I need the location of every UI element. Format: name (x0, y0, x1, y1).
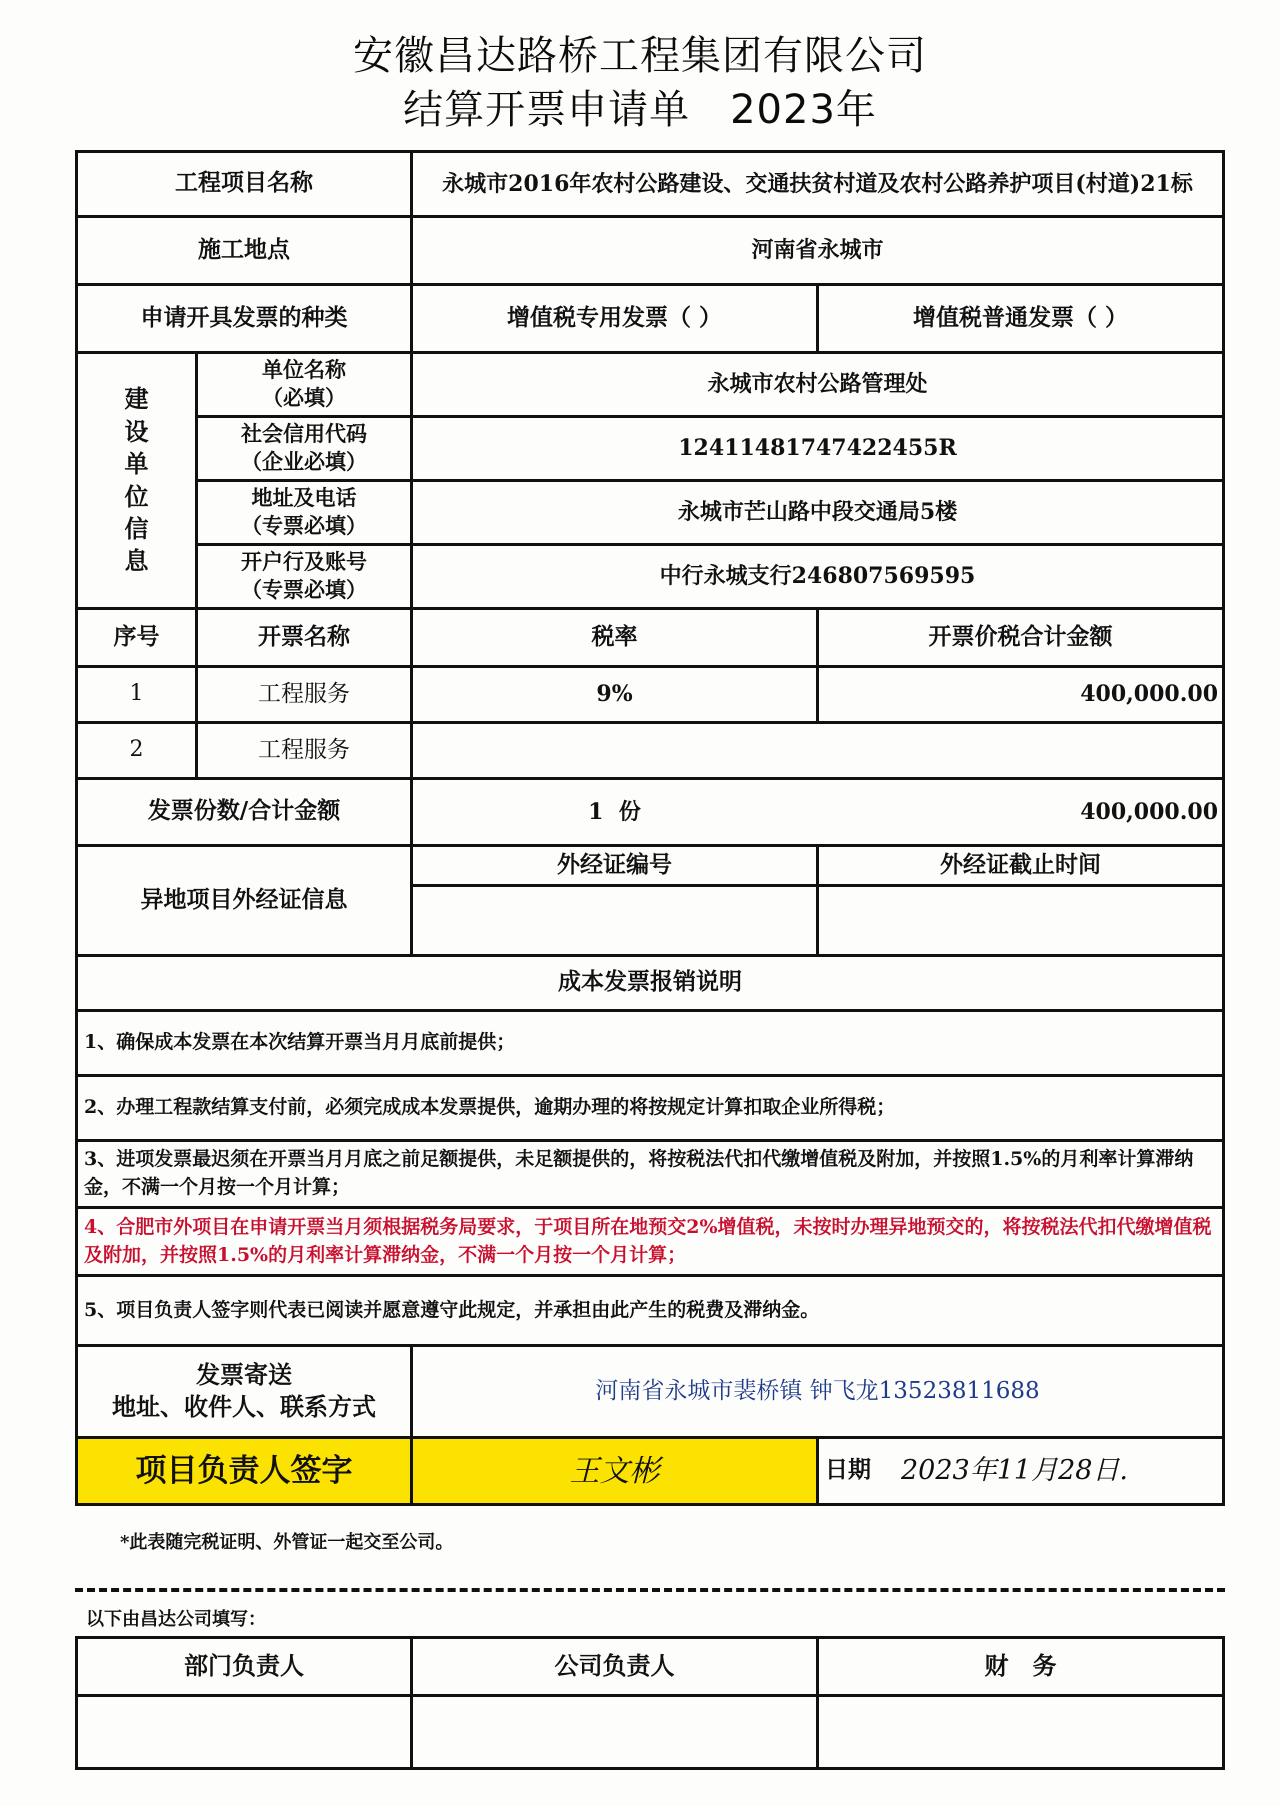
group-char: 单 (125, 448, 149, 480)
item-1-amount: 400,000.00 (819, 668, 1222, 721)
signature-label: 项目负责人签字 (78, 1439, 410, 1503)
company-title: 安徽昌达路桥工程集团有限公司 (0, 24, 1280, 81)
col-header-rate: 税率 (413, 610, 816, 665)
builder-address-label: 地址及电话 （专票必填） (198, 482, 410, 543)
item-1-name: 工程服务 (198, 668, 410, 721)
company-head-header: 公司负责人 (413, 1639, 816, 1694)
item-1-rate: 9% (413, 668, 816, 721)
totals-label: 发票份数/合计金额 (78, 780, 410, 844)
col-header-amount: 开票价税合计金额 (819, 610, 1222, 665)
finance-header: 财 务 (819, 1639, 1222, 1694)
item-2-seq: 2 (78, 724, 195, 777)
company-section-intro: 以下由昌达公司填写： (86, 1605, 266, 1631)
cut-line (75, 1588, 1225, 1592)
col-header-name: 开票名称 (198, 610, 410, 665)
mailing-label-line1: 发票寄送 (196, 1360, 292, 1391)
invoice-type-label: 申请开具发票的种类 (78, 286, 410, 351)
abroad-cert-deadline-value[interactable] (819, 887, 1222, 954)
divider (1222, 1636, 1225, 1770)
cost-note-5: 5、项目负责人签字则代表已阅读并愿意遵守此规定，并承担由此产生的税费及滞纳金。 (78, 1277, 1222, 1344)
form-title: 结算开票申请单2023年 (0, 78, 1280, 135)
form-title-text: 结算开票申请单 (403, 87, 690, 133)
mailing-value: 河南省永城市裴桥镇 钟飞龙13523811688 (413, 1347, 1222, 1436)
builder-unit-name-label: 单位名称 （必填） (198, 354, 410, 415)
item-2-name: 工程服务 (198, 724, 410, 777)
dept-head-field[interactable] (78, 1697, 410, 1767)
label-text: 地址及电话 (252, 485, 357, 512)
builder-info-group-label: 建 设 单 位 信 息 (78, 354, 195, 607)
builder-unit-name-value: 永城市农村公路管理处 (413, 354, 1222, 415)
builder-credit-code-value: 12411481747422455R (413, 418, 1222, 479)
item-2-rate (413, 724, 816, 777)
footnote: *此表随完税证明、外管证一起交至公司。 (120, 1528, 453, 1554)
project-name-value: 永城市2016年农村公路建设、交通扶贫村道及农村公路养护项目(村道)21标 (413, 153, 1222, 215)
cost-note-2: 2、办理工程款结算支付前，必须完成成本发票提供，逾期办理的将按规定计算扣取企业所… (78, 1077, 1222, 1139)
site-value: 河南省永城市 (413, 218, 1222, 283)
mailing-label-line2: 地址、收件人、联系方式 (112, 1392, 376, 1423)
group-char: 位 (125, 481, 149, 513)
site-label: 施工地点 (78, 218, 410, 283)
divider (75, 1767, 1225, 1770)
cost-note-4: 4、合肥市外项目在申请开票当月须根据税务局要求，于项目所在地预交2%增值税，未按… (78, 1209, 1222, 1274)
item-2-amount (819, 724, 1222, 777)
item-1-seq: 1 (78, 668, 195, 721)
builder-credit-code-label: 社会信用代码 （企业必填） (198, 418, 410, 479)
cost-note-1: 1、确保成本发票在本次结算开票当月月底前提供； (78, 1012, 1222, 1074)
invoice-type-special-option[interactable]: 增值税专用发票（ ） (413, 286, 816, 351)
project-name-label: 工程项目名称 (78, 153, 410, 215)
label-note: （必填） (262, 385, 346, 412)
abroad-cert-deadline-header: 外经证截止时间 (819, 847, 1222, 884)
date-cell: 日期 2023年11月28日. (819, 1439, 1222, 1503)
abroad-cert-no-value[interactable] (413, 887, 816, 954)
builder-bank-value: 中行永城支行246807569595 (413, 546, 1222, 607)
totals-count: 1 份 (413, 780, 816, 844)
abroad-cert-label: 异地项目外经证信息 (78, 847, 410, 954)
cost-note-3: 3、进项发票最迟须在开票当月月底之前足额提供，未足额提供的，将按税法代扣代缴增值… (78, 1142, 1222, 1206)
table-border-bottom (75, 1503, 1225, 1506)
label-note: （专票必填） (241, 577, 367, 604)
label-note: （专票必填） (241, 513, 367, 540)
invoice-type-normal-option[interactable]: 增值税普通发票（ ） (819, 286, 1222, 351)
form-year: 2023年 (730, 87, 877, 133)
cost-notes-title: 成本发票报销说明 (78, 957, 1222, 1009)
col-header-seq: 序号 (78, 610, 195, 665)
label-text: 单位名称 (262, 357, 346, 384)
date-value[interactable]: 2023年11月28日. (901, 1453, 1128, 1488)
company-head-field[interactable] (413, 1697, 816, 1767)
dept-head-header: 部门负责人 (78, 1639, 410, 1694)
totals-amount: 400,000.00 (819, 780, 1222, 844)
signature-field[interactable]: 王文彬 (413, 1439, 816, 1503)
date-label: 日期 (825, 1456, 871, 1486)
finance-field[interactable] (819, 1697, 1222, 1767)
group-char: 设 (125, 416, 149, 448)
builder-bank-label: 开户行及账号 （专票必填） (198, 546, 410, 607)
builder-address-value: 永城市芒山路中段交通局5楼 (413, 482, 1222, 543)
group-char: 建 (125, 383, 149, 415)
label-note: （企业必填） (241, 449, 367, 476)
label-text: 社会信用代码 (241, 421, 367, 448)
label-text: 开户行及账号 (241, 549, 367, 576)
group-char: 息 (125, 545, 149, 577)
abroad-cert-no-header: 外经证编号 (413, 847, 816, 884)
group-char: 信 (125, 513, 149, 545)
mailing-label: 发票寄送 地址、收件人、联系方式 (78, 1347, 410, 1436)
